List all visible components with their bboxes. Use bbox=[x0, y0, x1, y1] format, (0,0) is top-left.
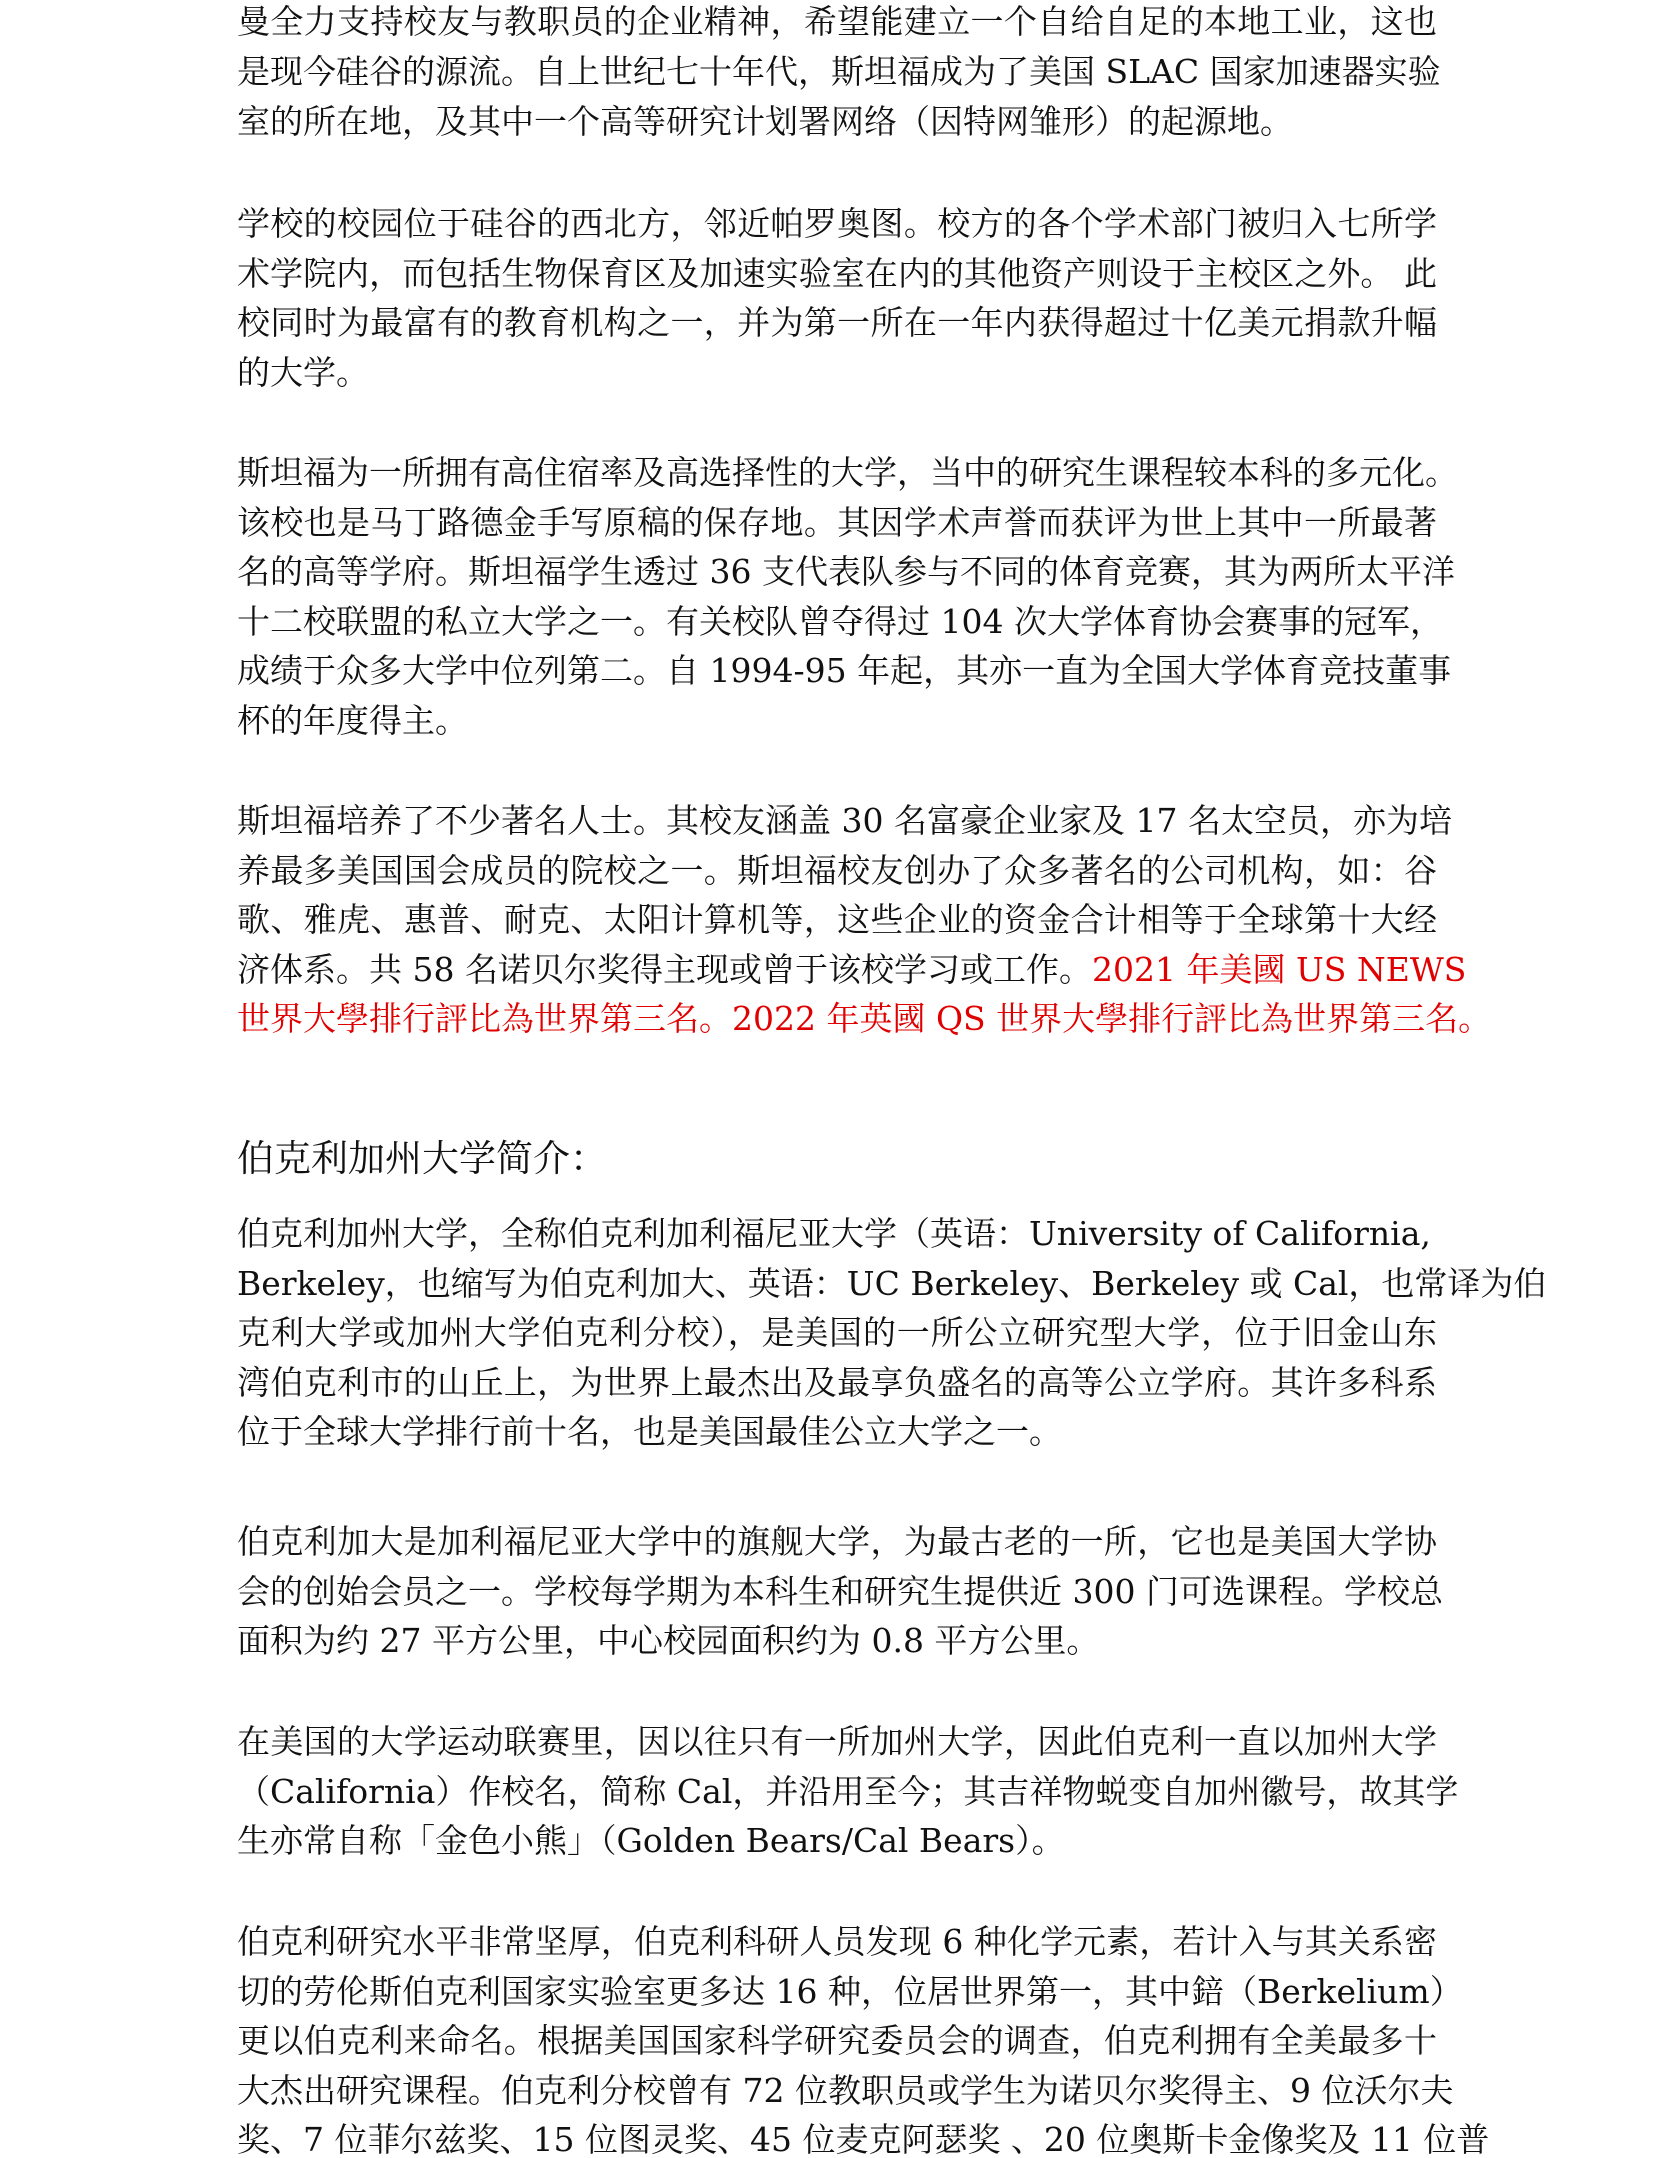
text-line: 生亦常自称「金色小熊」（Golden Bears/Cal Bears）。 bbox=[237, 1821, 1437, 1861]
text-line: Berkeley，也缩写为伯克利加大、英语：UC Berkeley、Berkel… bbox=[237, 1264, 1437, 1304]
text-line: 切的劳伦斯伯克利国家实验室更多达 16 种，位居世界第一，其中錇（Berkeli… bbox=[237, 1972, 1437, 2012]
text-line: 歌、雅虎、惠普、耐克、太阳计算机等，这些企业的资金合计相等于全球第十大经 bbox=[237, 900, 1437, 940]
ranking-highlight-line: 世界大學排行評比為世界第三名。2022 年英國 QS 世界大學排行評比為世界第三… bbox=[237, 999, 1437, 1039]
text-line: 成绩于众多大学中位列第二。自 1994-95 年起，其亦一直为全国大学体育竞技董… bbox=[237, 651, 1437, 691]
text-line: 该校也是马丁路德金手写原稿的保存地。其因学术声誉而获评为世上其中一所最著 bbox=[237, 503, 1437, 543]
text-line: 更以伯克利来命名。根据美国国家科学研究委员会的调查，伯克利拥有全美最多十 bbox=[237, 2021, 1437, 2061]
text-line: 名的高等学府。斯坦福学生透过 36 支代表队参与不同的体育竞赛，其为两所太平洋 bbox=[237, 552, 1437, 592]
text-line: 伯克利研究水平非常坚厚，伯克利科研人员发现 6 种化学元素，若计入与其关系密 bbox=[237, 1922, 1437, 1962]
text-line: 学校的校园位于硅谷的西北方，邻近帕罗奥图。校方的各个学术部门被归入七所学 bbox=[237, 204, 1437, 244]
section-heading: 伯克利加州大学简介： bbox=[237, 1137, 607, 1181]
document-page: 曼全力支持校友与教职员的企业精神，希望能建立一个自给自足的本地工业，这也 是现今… bbox=[0, 0, 1654, 2158]
text-line: 杯的年度得主。 bbox=[237, 701, 1437, 741]
text-segment: 济体系。共 58 名诺贝尔奖得主现或曾于该校学习或工作。 bbox=[237, 950, 1092, 989]
text-line: 会的创始会员之一。学校每学期为本科生和研究生提供近 300 门可选课程。学校总 bbox=[237, 1572, 1437, 1612]
text-line: 斯坦福为一所拥有高住宿率及高选择性的大学，当中的研究生课程较本科的多元化。 bbox=[237, 453, 1437, 493]
text-line: 在美国的大学运动联赛里，因以往只有一所加州大学，因此伯克利一直以加州大学 bbox=[237, 1722, 1437, 1762]
text-line: 是现今硅谷的源流。自上世纪七十年代，斯坦福成为了美国 SLAC 国家加速器实验 bbox=[237, 52, 1437, 92]
text-line-mixed: 济体系。共 58 名诺贝尔奖得主现或曾于该校学习或工作。2021 年美國 US … bbox=[237, 950, 1417, 990]
text-line: 的大学。 bbox=[237, 353, 1437, 393]
text-line: 奖、7 位菲尔兹奖、15 位图灵奖、45 位麦克阿瑟奖 、20 位奥斯卡金像奖及… bbox=[237, 2120, 1437, 2158]
text-line: 曼全力支持校友与教职员的企业精神，希望能建立一个自给自足的本地工业，这也 bbox=[237, 2, 1437, 42]
text-line: 大杰出研究课程。伯克利分校曾有 72 位教职员或学生为诺贝尔奖得主、9 位沃尔夫 bbox=[237, 2071, 1437, 2111]
text-line: 十二校联盟的私立大学之一。有关校队曾夺得过 104 次大学体育协会赛事的冠军， bbox=[237, 602, 1437, 642]
ranking-highlight-text: 2021 年美國 US NEWS bbox=[1092, 950, 1466, 989]
text-line: 室的所在地，及其中一个高等研究计划署网络（因特网雏形）的起源地。 bbox=[237, 102, 1437, 142]
text-line: 克利大学或加州大学伯克利分校），是美国的一所公立研究型大学，位于旧金山东 bbox=[237, 1313, 1437, 1353]
text-line: 伯克利加大是加利福尼亚大学中的旗舰大学，为最古老的一所，它也是美国大学协 bbox=[237, 1522, 1437, 1562]
text-line: （California）作校名，简称 Cal，并沿用至今；其吉祥物蜕变自加州徽号… bbox=[237, 1772, 1437, 1812]
text-line: 伯克利加州大学，全称伯克利加利福尼亚大学（英语：University of Ca… bbox=[237, 1214, 1437, 1254]
text-line: 校同时为最富有的教育机构之一，并为第一所在一年内获得超过十亿美元捐款升幅 bbox=[237, 303, 1437, 343]
text-line: 术学院内，而包括生物保育区及加速实验室在内的其他资产则设于主校区之外。 此 bbox=[237, 254, 1437, 294]
text-line: 养最多美国国会成员的院校之一。斯坦福校友创办了众多著名的公司机构，如：谷 bbox=[237, 851, 1437, 891]
text-line: 面积为约 27 平方公里，中心校园面积约为 0.8 平方公里。 bbox=[237, 1621, 1437, 1661]
text-line: 位于全球大学排行前十名，也是美国最佳公立大学之一。 bbox=[237, 1412, 1437, 1452]
text-line: 斯坦福培养了不少著名人士。其校友涵盖 30 名富豪企业家及 17 名太空员，亦为… bbox=[237, 801, 1437, 841]
text-line: 湾伯克利市的山丘上，为世界上最杰出及最享负盛名的高等公立学府。其许多科系 bbox=[237, 1363, 1437, 1403]
